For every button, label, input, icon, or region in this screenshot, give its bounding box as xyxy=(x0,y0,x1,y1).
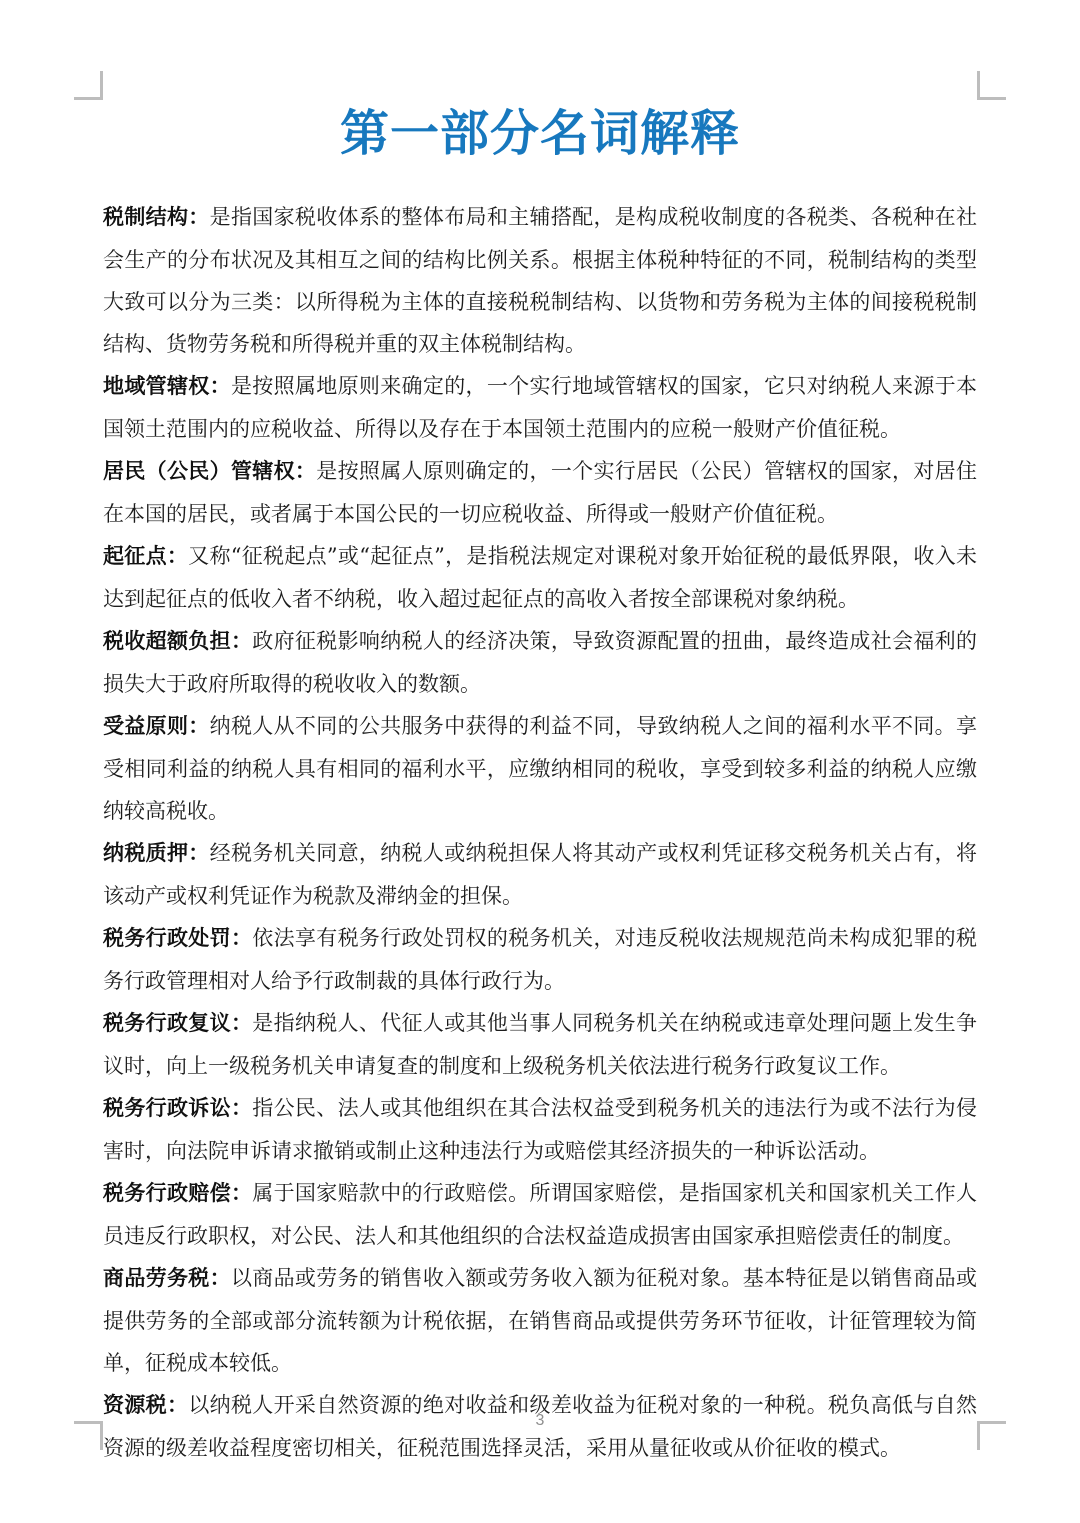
definition-paragraph: 受益原则：纳税人从不同的公共服务中获得的利益不同，导致纳税人之间的福利水平不同。… xyxy=(103,705,977,832)
term-label: 受益原则： xyxy=(103,715,210,738)
term-label: 地域管辖权： xyxy=(103,375,231,398)
term-label: 税务行政复议： xyxy=(103,1012,252,1035)
crop-mark-top-right xyxy=(977,71,1006,100)
definition-paragraph: 税务行政赔偿：属于国家赔款中的行政赔偿。所谓国家赔偿，是指国家机关和国家机关工作… xyxy=(103,1172,977,1257)
page-title: 第一部分名词解释 xyxy=(0,104,1080,164)
definition-paragraph: 税制结构：是指国家税收体系的整体布局和主辅搭配，是构成税收制度的各税类、各税种在… xyxy=(103,196,977,365)
term-label: 税制结构： xyxy=(103,206,210,229)
term-label: 税务行政处罚： xyxy=(103,927,252,950)
page-number: 3 xyxy=(0,1412,1080,1430)
definition-paragraph: 纳税质押：经税务机关同意，纳税人或纳税担保人将其动产或权利凭证移交税务机关占有，… xyxy=(103,832,977,917)
definition-paragraph: 商品劳务税：以商品或劳务的销售收入额或劳务收入额为征税对象。基本特征是以销售商品… xyxy=(103,1257,977,1384)
term-definition: 经税务机关同意，纳税人或纳税担保人将其动产或权利凭证移交税务机关占有，将该动产或… xyxy=(103,841,977,908)
crop-mark-top-left xyxy=(74,71,103,100)
term-label: 税务行政诉讼： xyxy=(103,1097,252,1120)
term-label: 税务行政赔偿： xyxy=(103,1182,252,1205)
definition-paragraph: 税务行政复议：是指纳税人、代征人或其他当事人同税务机关在纳税或违章处理问题上发生… xyxy=(103,1002,977,1087)
definition-paragraph: 起征点：又称“征税起点”或“起征点”，是指税法规定对课税对象开始征税的最低界限，… xyxy=(103,535,977,620)
definitions-list: 税制结构：是指国家税收体系的整体布局和主辅搭配，是构成税收制度的各税类、各税种在… xyxy=(103,196,977,1469)
term-label: 商品劳务税： xyxy=(103,1267,231,1290)
term-label: 纳税质押： xyxy=(103,842,210,865)
definition-paragraph: 税收超额负担：政府征税影响纳税人的经济决策，导致资源配置的扭曲，最终造成社会福利… xyxy=(103,620,977,705)
term-label: 起征点： xyxy=(103,545,188,568)
term-label: 税收超额负担： xyxy=(103,630,252,653)
term-definition: 以商品或劳务的销售收入额或劳务收入额为征税对象。基本特征是以销售商品或提供劳务的… xyxy=(103,1266,977,1375)
term-definition: 是指国家税收体系的整体布局和主辅搭配，是构成税收制度的各税类、各税种在社会生产的… xyxy=(103,205,977,356)
term-label: 居民（公民）管辖权： xyxy=(103,460,316,483)
term-definition: 纳税人从不同的公共服务中获得的利益不同，导致纳税人之间的福利水平不同。享受相同利… xyxy=(103,714,977,823)
definition-paragraph: 税务行政诉讼：指公民、法人或其他组织在其合法权益受到税务机关的违法行为或不法行为… xyxy=(103,1087,977,1172)
definition-paragraph: 居民（公民）管辖权：是按照属人原则确定的，一个实行居民（公民）管辖权的国家，对居… xyxy=(103,450,977,535)
definition-paragraph: 地域管辖权：是按照属地原则来确定的，一个实行地域管辖权的国家，它只对纳税人来源于… xyxy=(103,365,977,450)
term-definition: 是按照属地原则来确定的，一个实行地域管辖权的国家，它只对纳税人来源于本国领土范围… xyxy=(103,374,977,441)
definition-paragraph: 税务行政处罚：依法享有税务行政处罚权的税务机关，对违反税收法规规范尚未构成犯罪的… xyxy=(103,917,977,1002)
term-definition: 又称“征税起点”或“起征点”，是指税法规定对课税对象开始征税的最低界限，收入未达… xyxy=(103,544,977,611)
